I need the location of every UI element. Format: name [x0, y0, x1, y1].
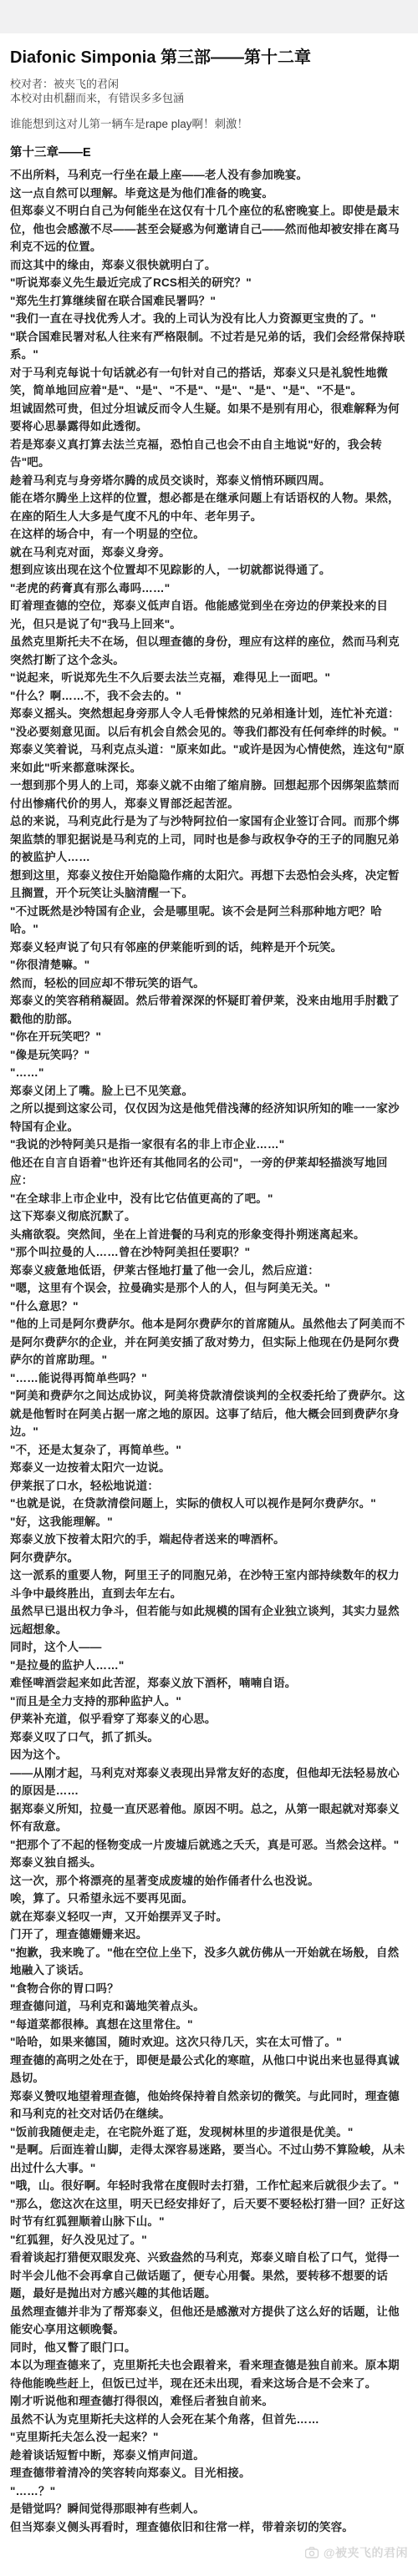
- paragraph: "联合国难民署对私人往来有严格限制。不过若是兄弟的话，我们会经常保持联系。": [10, 328, 408, 364]
- paragraph: 然而，轻松的回应却不带玩笑的语气。: [10, 974, 408, 993]
- paragraph: 郑泰义独自摇头。: [10, 1854, 408, 1872]
- paragraph: "不，还是太复杂了，再简单些。": [10, 1441, 408, 1460]
- paragraph: "没必要刻意见面。以后有机会自然会见的。等我们都没有任何牵绊的时候。": [10, 723, 408, 741]
- paragraph: "什么意思？": [10, 1298, 408, 1316]
- paragraph: "嗯，这里有个误会，拉曼确实是那个人的人，但与阿美无关。": [10, 1279, 408, 1298]
- article-page: Diafonic Simponia 第三部——第十二章 校对者：被夹飞的君闲本校…: [0, 47, 418, 2576]
- screenshot-top-bar: [0, 0, 418, 33]
- paragraph: "像是玩笑吗？": [10, 1046, 408, 1065]
- paragraph: 伊莱抿了口水，轻松地说道：: [10, 1477, 408, 1495]
- paragraph: 伊莱补充道，似乎看穿了郑泰义的心思。: [10, 1710, 408, 1728]
- paragraph: "郑先生打算继续留在联合国难民署吗？": [10, 292, 408, 311]
- page-title: Diafonic Simponia 第三部——第十二章: [10, 47, 408, 68]
- paragraph: 坦诚固然可贵，但过分坦诚反而令人生疑。如果不是别有用心，很难解释为何要将心思暴露…: [10, 400, 408, 436]
- paragraph: 但郑泰义不明白自己为何能坐在这仅有十几个座位的私密晚宴上。即使是最末位，他也会感…: [10, 202, 408, 256]
- paragraph: 本以为理查德来了，克里斯托夫也会跟着来，看来理查德是独自前来。原本期待他能晚些赶…: [10, 2356, 408, 2392]
- paragraph: 是错觉吗？瞬间觉得那眼神有些刺人。: [10, 2500, 408, 2518]
- paragraph: 虽然不认为克里斯托夫这样的人会死在某个角落，但首先……: [10, 2411, 408, 2429]
- paragraph: 郑泰义赞叹地望着理查德，他始终保持着自然亲切的微笑。与此同时，理查德和马利克的社…: [10, 2088, 408, 2123]
- paragraph: 但当郑泰义侧头再看时，理查德依旧和往常一样，带着亲切的笑容。: [10, 2518, 408, 2537]
- paragraph: 这下郑泰义彻底沉默了。: [10, 1207, 408, 1226]
- paragraph: 看着谈起打猎便双眼发亮、兴致盎然的马利克，郑泰义暗自松了口气，觉得一时半会儿他不…: [10, 2249, 408, 2303]
- paragraph: 门开了，理查德姗姗来迟。: [10, 1926, 408, 1944]
- paragraph: "他的上司是阿尔费萨尔。他本是阿尔费萨尔的首席随从。虽然他去了阿美而不是阿尔费萨…: [10, 1315, 408, 1369]
- paragraph: 趁着谈话短暂中断，郑泰义悄声问道。: [10, 2447, 408, 2465]
- paragraph: 虽然理查德并非为了帮郑泰义，但他还是感激对方提供了这么好的话题，让他能安心享用这…: [10, 2303, 408, 2339]
- paragraph: "哈哈，如果来德国，随时欢迎。这次只待几天，实在太可惜了。": [10, 2033, 408, 2052]
- paragraph: 想到这里，郑泰义按住开始隐隐作痛的太阳穴。再想下去恐怕会头疼，决定暂且搁置，开个…: [10, 867, 408, 903]
- paragraph: "……能说得再简单些吗？": [10, 1369, 408, 1388]
- paragraph: 郑泰义轻声说了句只有邻座的伊莱能听到的话，纯粹是开个玩笑。: [10, 939, 408, 957]
- paragraph: 郑泰义的笑容稍稍凝固。然后带着深深的怀疑盯着伊莱，没来由地用手肘戳了戳他的肋部。: [10, 992, 408, 1028]
- paragraph: "说起来，听说郑先生不久后要去法兰克福，难得见上一面吧。": [10, 669, 408, 687]
- paragraph: 郑泰义叹了口气，抓了抓头。: [10, 1728, 408, 1747]
- paragraph: "那个叫拉曼的人……曾在沙特阿美担任要职？": [10, 1243, 408, 1262]
- watermark-text: @被夹飞的君闲: [324, 2544, 408, 2561]
- paragraph: 总的来说，马利克此行是为了与沙特阿拉伯一家国有企业签订合同。而那个绑架监禁的罪犯…: [10, 812, 408, 867]
- paragraph: "抱歉，我来晚了。"他在空位上坐下，没多久就仿佛从一开始就在场般，自然地融入了谈…: [10, 1944, 408, 1980]
- paragraph: 这一次，那个将漂亮的星著变成废墟的始作俑者什么也没说。: [10, 1872, 408, 1890]
- paragraph: "在全球非上市企业中，没有比它估值更高的了吧。": [10, 1190, 408, 1208]
- watermark: @被夹飞的君闲: [10, 2544, 408, 2561]
- paragraph: 郑泰义闭上了嘴。脸上已不见笑意。: [10, 1082, 408, 1101]
- paragraph: 这一派系的重要人物，阿里王子的同胞兄弟，在沙特王室内部持续数年的权力斗争中最终胜…: [10, 1566, 408, 1602]
- paragraph: "而且是全力支持的那种监护人。": [10, 1693, 408, 1711]
- paragraph: 同时，他又瞥了眼门口。: [10, 2339, 408, 2357]
- paragraph: 理查德带着清冷的笑容转向郑泰义。目光相接。: [10, 2464, 408, 2482]
- camera-icon: [305, 2547, 320, 2558]
- paragraph: 能在塔尔腾坐上这样的位置，想必都是在继承问题上有话语权的人物。果然，在座的陌生人…: [10, 489, 408, 525]
- paragraph: "……？": [10, 2482, 408, 2501]
- paragraph: 头痛欲裂。突然间，坐在上首进餐的马利克的形象变得扑朔迷离起来。: [10, 1226, 408, 1244]
- paragraph: "也就是说，在贷款清偿问题上，实际的债权人可以视作是阿尔费萨尔。": [10, 1495, 408, 1513]
- paragraph: "克里斯托夫怎么没一起来？": [10, 2428, 408, 2447]
- paragraph: 郑泰义放下按着太阳穴的手，端起侍者送来的啤酒杯。: [10, 1531, 408, 1549]
- paragraph: 唉，算了。只希望永远不要再见面。: [10, 1890, 408, 1908]
- paragraph: 刚才听说他和理查德打得很凶，难怪后者独自前来。: [10, 2392, 408, 2411]
- paragraph: ——从刚才起，马利克对郑泰义表现出异常友好的态度，但他却无法轻易放心的原因是……: [10, 1764, 408, 1800]
- paragraph: "我们一直在寻找优秀人才。我的上司认为没有比人力资源更宝贵的了。": [10, 310, 408, 328]
- paragraph: 理查德问道，马利克和蔼地笑着点头。: [10, 1997, 408, 2016]
- paragraph: 同时，这个人——: [10, 1638, 408, 1657]
- paragraph: "食物合你的胃口吗？: [10, 1980, 408, 1998]
- paragraph: 这一点自然可以理解。毕竟这是为他们准备的晚宴。: [10, 185, 408, 203]
- paragraph: 虽然克里斯托夫不在场，但以理查德的身份，理应有这样的座位，然而马利克突然打断了这…: [10, 633, 408, 669]
- paragraph: "哦，山。很好啊。年轻时我常在度假时去打猎，工作忙起来后就很少去了。": [10, 2177, 408, 2195]
- paragraph: "好，这我能理解。": [10, 1513, 408, 1531]
- paragraph: 而这其中的缘由，郑泰义很快就明白了。: [10, 256, 408, 275]
- paragraph: 想到应该出现在这个位置却不见踪影的人，一切就都说得通了。: [10, 561, 408, 579]
- paragraph: "把那个了不起的怪物变成一片废墟后就逃之夭夭，真是可恶。当然会这样。": [10, 1836, 408, 1855]
- paragraph: 之所以提到这家公司，仅仅因为这是他凭借浅薄的经济知识所知的唯一一家沙特国有企业。: [10, 1100, 408, 1136]
- credits-block: 校对者：被夹飞的君闲本校对由机翻而来，有错误多多包涵: [10, 77, 408, 105]
- paragraph: 理查德的高明之处在于，即便是最公式化的寒暄，从他口中说出来也显得真诚恳切。: [10, 2052, 408, 2088]
- paragraph: 郑泰义笑着说，马利克点头道："原来如此。"或许是因为心情使然，连这句"原来如此"…: [10, 741, 408, 777]
- paragraph: 就在马利克对面，郑泰义身旁。: [10, 544, 408, 562]
- paragraph: "红狐狸，好久没见过了。": [10, 2231, 408, 2250]
- paragraph: "是啊。后面连着山脚，走得太深容易迷路，要当心。不过山势不算险峻，从未出过什么大…: [10, 2141, 408, 2177]
- paragraph: 盯着理查德的空位，郑泰义低声自语。他能感觉到坐在旁边的伊莱投来的目光，但只是说了…: [10, 597, 408, 633]
- paragraph: 不出所料，马利克一行坐在最上座——老人没有参加晚宴。: [10, 166, 408, 185]
- paragraph: 郑泰义疲惫地低语，伊莱古怪地打量了他一会儿，然后应道：: [10, 1262, 408, 1280]
- paragraph: 趁着马利克与身旁塔尔腾的成员交谈时，郑泰义悄悄环顾四周。: [10, 472, 408, 490]
- paragraph: 郑泰义一边按着太阳穴一边说。: [10, 1459, 408, 1477]
- paragraph: 难怪啤酒尝起来如此苦涩，郑泰义放下酒杯，喃喃自语。: [10, 1674, 408, 1693]
- paragraph: 一想到那个男人的上司，郑泰义就不由缩了缩肩膀。回想起那个因绑架监禁而付出惨痛代价…: [10, 777, 408, 812]
- paragraph: "听说郑泰义先生最近完成了RCS相关的研究？": [10, 274, 408, 292]
- translator-note: 谁能想到这对儿第一辆车是rape play啊！刺激！: [10, 117, 408, 132]
- paragraph: 郑泰义摇头。突然想起身旁那人令人毛骨悚然的兄弟相逢计划，连忙补充道：: [10, 705, 408, 723]
- paragraph: "每道菜都很棒。真想在这里常住。": [10, 2016, 408, 2034]
- paragraph: 对于马利克每说十句话就必有一句针对自己的搭话，郑泰义只是礼貌性地微笑，简单地回应…: [10, 364, 408, 400]
- credit-line: 校对者：被夹飞的君闲: [10, 77, 408, 91]
- chapter-body: 不出所料，马利克一行坐在最上座——老人没有参加晚宴。这一点自然可以理解。毕竟这是…: [10, 166, 408, 2536]
- paragraph: "那么，您这次在这里，明天已经安排好了，后天要不要轻松打猎一回？正好这时节有红狐…: [10, 2195, 408, 2231]
- paragraph: 据郑泰义所知，拉曼一直厌恶着他。原因不明。总之，从第一眼起就对郑泰义怀有敌意。: [10, 1800, 408, 1836]
- paragraph: "是拉曼的监护人……": [10, 1657, 408, 1675]
- paragraph: "你在开玩笑吧？": [10, 1028, 408, 1046]
- credit-line: 本校对由机翻而来，有错误多多包涵: [10, 91, 408, 105]
- paragraph: "我说的沙特阿美只是指一家很有名的非上市企业……": [10, 1136, 408, 1154]
- paragraph: 虽然早已退出权力争斗，但若能与如此规模的国有企业独立谈判，其实力显然远超想象。: [10, 1602, 408, 1638]
- paragraph: 若是郑泰义真打算去法兰克福，恐怕自己也会不由自主地说"好的，我会转告"吧。: [10, 436, 408, 472]
- paragraph: "什么？啊……不，我不会去的。": [10, 687, 408, 706]
- paragraph: "饭前我随便走走，在宅院外逛了逛，发现树林里的步道很是优美。": [10, 2123, 408, 2142]
- paragraph: "老虎的药膏真有那么毒吗……": [10, 579, 408, 598]
- paragraph: 阿尔费萨尔。: [10, 1549, 408, 1567]
- paragraph: 他还在自言自语着"也许还有其他同名的公司"，一旁的伊莱却轻描淡写地回应：: [10, 1154, 408, 1190]
- chapter-heading: 第十三章——E: [10, 145, 408, 161]
- paragraph: 因为这个。: [10, 1746, 408, 1764]
- paragraph: "不过既然是沙特国有企业，会是哪里呢。该不会是阿兰科那种地方吧？哈哈。": [10, 903, 408, 939]
- paragraph: "你很清楚嘛。": [10, 956, 408, 974]
- paragraph: "……": [10, 1064, 408, 1082]
- paragraph: "阿美和费萨尔之间达成协议，阿美将贷款清偿谈判的全权委托给了费萨尔。这就是他暂时…: [10, 1387, 408, 1441]
- paragraph: 在这样的场合中，有一个明显的空位。: [10, 525, 408, 544]
- paragraph: 就在郑泰义轻叹一声，又开始摆弄叉子时。: [10, 1908, 408, 1926]
